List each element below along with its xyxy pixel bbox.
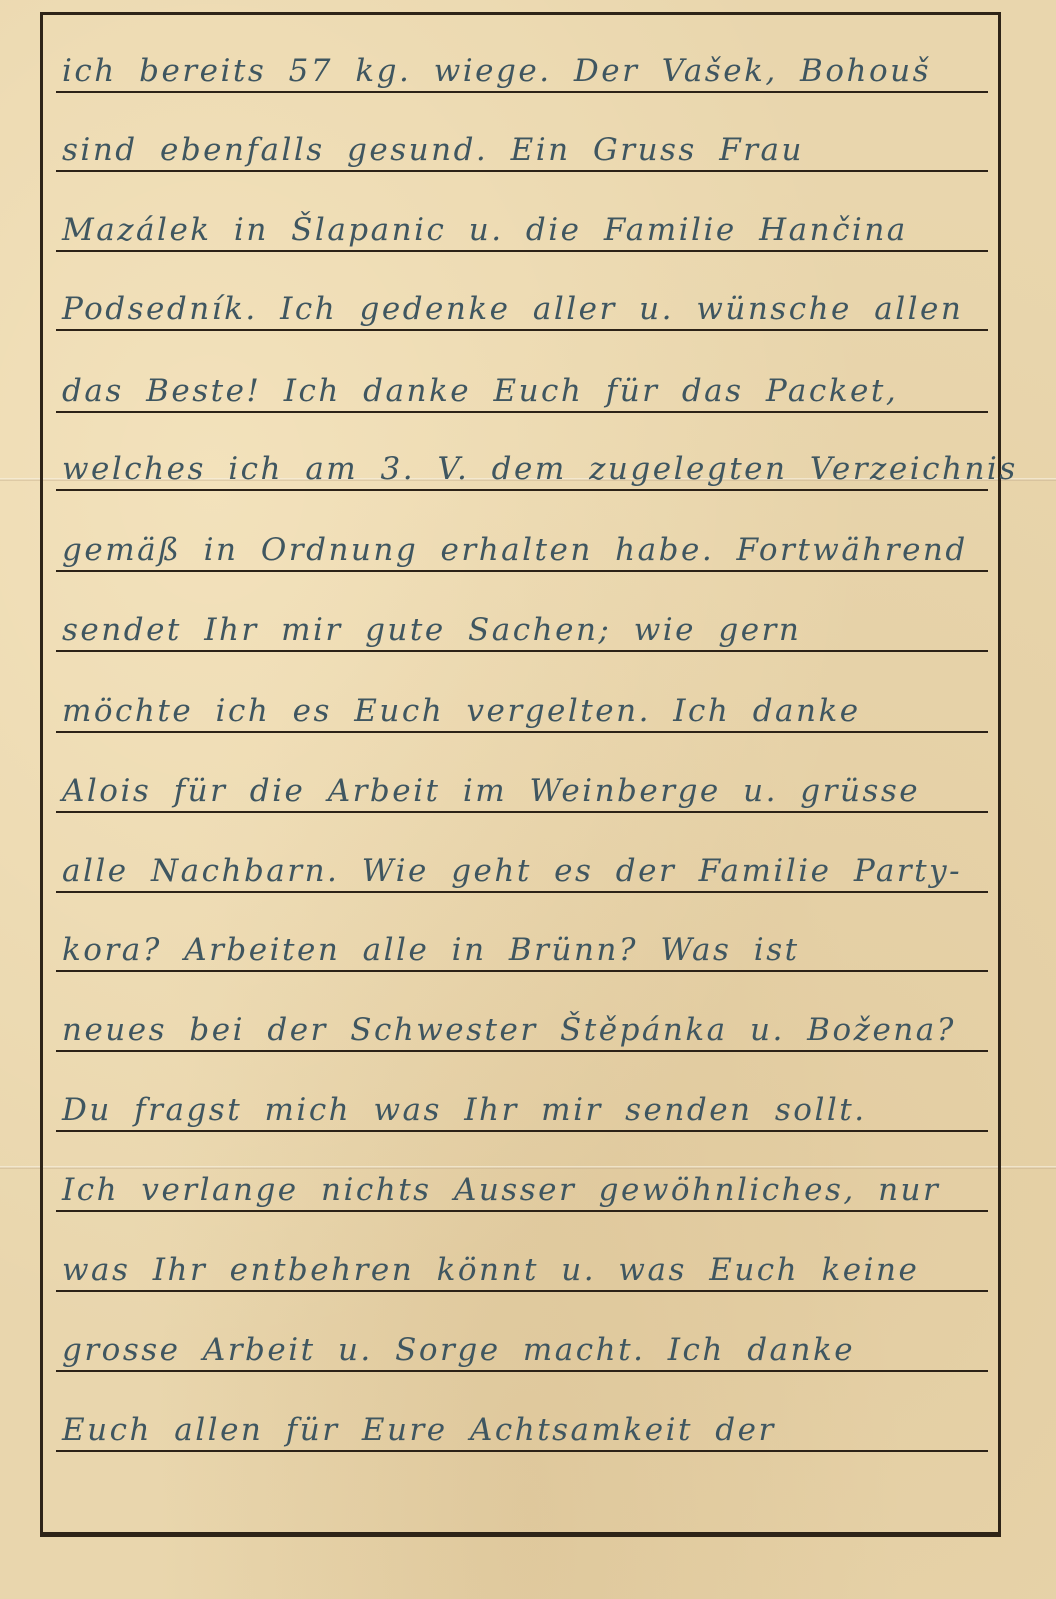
ruled-line: grosse Arbeit u. Sorge macht. Ich danke [56, 1294, 988, 1372]
handwritten-line: kora? Arbeiten alle in Brünn? Was ist [62, 935, 800, 966]
underline-rule [56, 1450, 988, 1452]
handwritten-line: alle Nachbarn. Wie geht es der Familie P… [62, 856, 962, 887]
ruled-line: Ich verlange nichts Ausser gewöhnliches,… [56, 1134, 988, 1212]
underline-rule [56, 170, 988, 172]
ruled-line: Euch allen für Eure Achtsamkeit der [56, 1374, 988, 1452]
handwritten-line: Podsedník. Ich gedenke aller u. wünsche … [62, 294, 963, 325]
ruled-line: kora? Arbeiten alle in Brünn? Was ist [56, 894, 988, 972]
handwritten-line: Alois für die Arbeit im Weinberge u. grü… [62, 776, 920, 807]
handwritten-line: welches ich am 3. V. dem zugelegten Verz… [62, 454, 1018, 485]
ruled-line: alle Nachbarn. Wie geht es der Familie P… [56, 815, 988, 893]
underline-rule [56, 970, 988, 972]
underline-rule [56, 1290, 988, 1292]
handwritten-line: Euch allen für Eure Achtsamkeit der [62, 1415, 776, 1446]
underline-rule [56, 731, 988, 733]
underline-rule [56, 250, 988, 252]
underline-rule [56, 329, 988, 331]
handwritten-line: neues bei der Schwester Štěpánka u. Bože… [62, 1015, 956, 1046]
underline-rule [56, 891, 988, 893]
ruled-line: neues bei der Schwester Štěpánka u. Bože… [56, 974, 988, 1052]
letter-page: ich bereits 57 kg. wiege. Der Vašek, Boh… [0, 0, 1056, 1599]
ruled-line: Podsedník. Ich gedenke aller u. wünsche … [56, 253, 988, 331]
handwritten-line: was Ihr entbehren könnt u. was Euch kein… [62, 1255, 919, 1286]
underline-rule [56, 811, 988, 813]
ruled-line: ich bereits 57 kg. wiege. Der Vašek, Boh… [56, 15, 988, 93]
handwritten-line: sendet Ihr mir gute Sachen; wie gern [62, 615, 801, 646]
underline-rule [56, 1370, 988, 1372]
ruled-line: was Ihr entbehren könnt u. was Euch kein… [56, 1214, 988, 1292]
ruled-line: sendet Ihr mir gute Sachen; wie gern [56, 574, 988, 652]
handwritten-line: Du fragst mich was Ihr mir senden sollt. [62, 1095, 867, 1126]
underline-rule [56, 489, 988, 491]
handwritten-line: möchte ich es Euch vergelten. Ich danke [62, 696, 861, 727]
handwritten-line: grosse Arbeit u. Sorge macht. Ich danke [62, 1335, 855, 1366]
handwritten-line: gemäß in Ordnung erhalten habe. Fortwähr… [62, 535, 968, 566]
handwritten-line: ich bereits 57 kg. wiege. Der Vašek, Boh… [62, 56, 931, 87]
handwritten-line: das Beste! Ich danke Euch für das Packet… [62, 376, 898, 407]
underline-rule [56, 1050, 988, 1052]
handwritten-line: sind ebenfalls gesund. Ein Gruss Frau [62, 135, 804, 166]
underline-rule [56, 570, 988, 572]
underline-rule [56, 1210, 988, 1212]
ruled-line: welches ich am 3. V. dem zugelegten Verz… [56, 413, 988, 491]
handwritten-line: Ich verlange nichts Ausser gewöhnliches,… [62, 1175, 940, 1206]
ruled-line: Du fragst mich was Ihr mir senden sollt. [56, 1054, 988, 1132]
ruled-line: sind ebenfalls gesund. Ein Gruss Frau [56, 94, 988, 172]
underline-rule [56, 1130, 988, 1132]
ruled-line: gemäß in Ordnung erhalten habe. Fortwähr… [56, 494, 988, 572]
underline-rule [56, 91, 988, 93]
ruled-line: Mazálek in Šlapanic u. die Familie Hanči… [56, 174, 988, 252]
ruled-line: möchte ich es Euch vergelten. Ich danke [56, 655, 988, 733]
underline-rule [56, 650, 988, 652]
ruled-line: Alois für die Arbeit im Weinberge u. grü… [56, 735, 988, 813]
handwritten-line: Mazálek in Šlapanic u. die Familie Hanči… [62, 215, 908, 246]
ruled-line: das Beste! Ich danke Euch für das Packet… [56, 335, 988, 413]
